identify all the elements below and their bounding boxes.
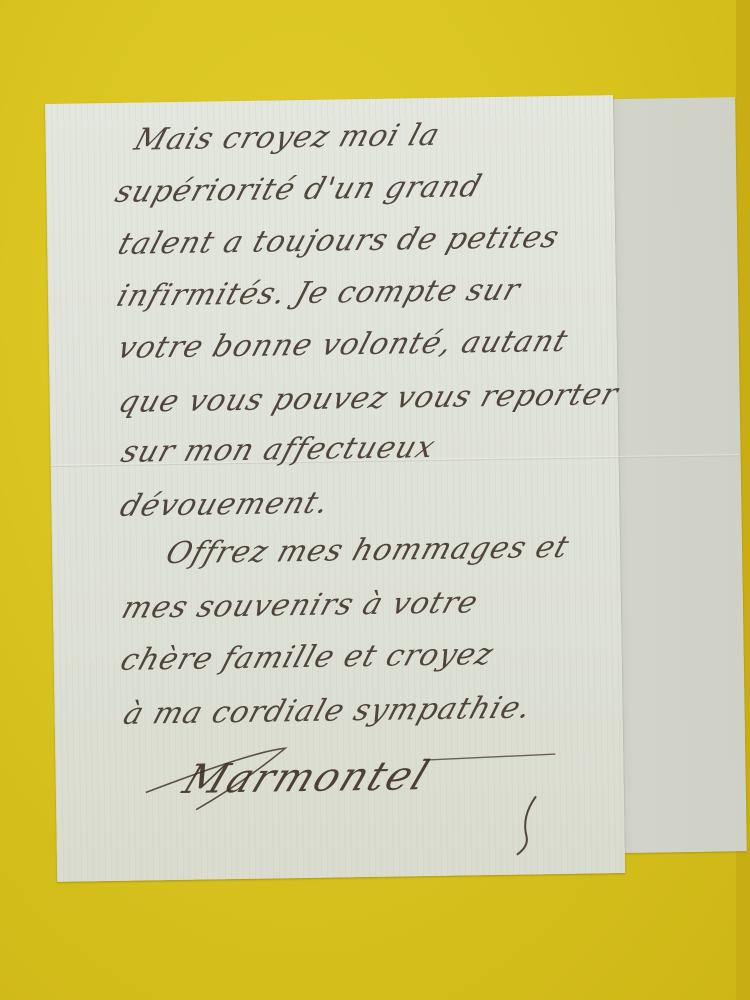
signature: Marmontel (177, 753, 437, 803)
letter-line: supériorité d'un grand (111, 169, 486, 210)
letter-line: à ma cordiale sympathie. (119, 690, 536, 732)
letter-line: votre bonne volonté, autant (113, 324, 572, 366)
letter-line: infirmités. Je compte sur (113, 272, 525, 313)
letter-line: Mais croyez moi la (130, 118, 444, 158)
letter-line: sur mon affectueux (117, 430, 440, 470)
letter-line: mes souvenirs à votre (118, 585, 483, 626)
letter-sheet: Mais croyez moi la supériorité d'un gran… (45, 93, 747, 880)
letter-line: dévouement. (116, 486, 334, 524)
folded-back-panel (607, 97, 747, 853)
letter-line: talent a toujours de petites (114, 220, 564, 262)
letter-line: Offrez mes hommages et (162, 530, 574, 571)
letter-line: chère famille et croyez (116, 637, 498, 678)
